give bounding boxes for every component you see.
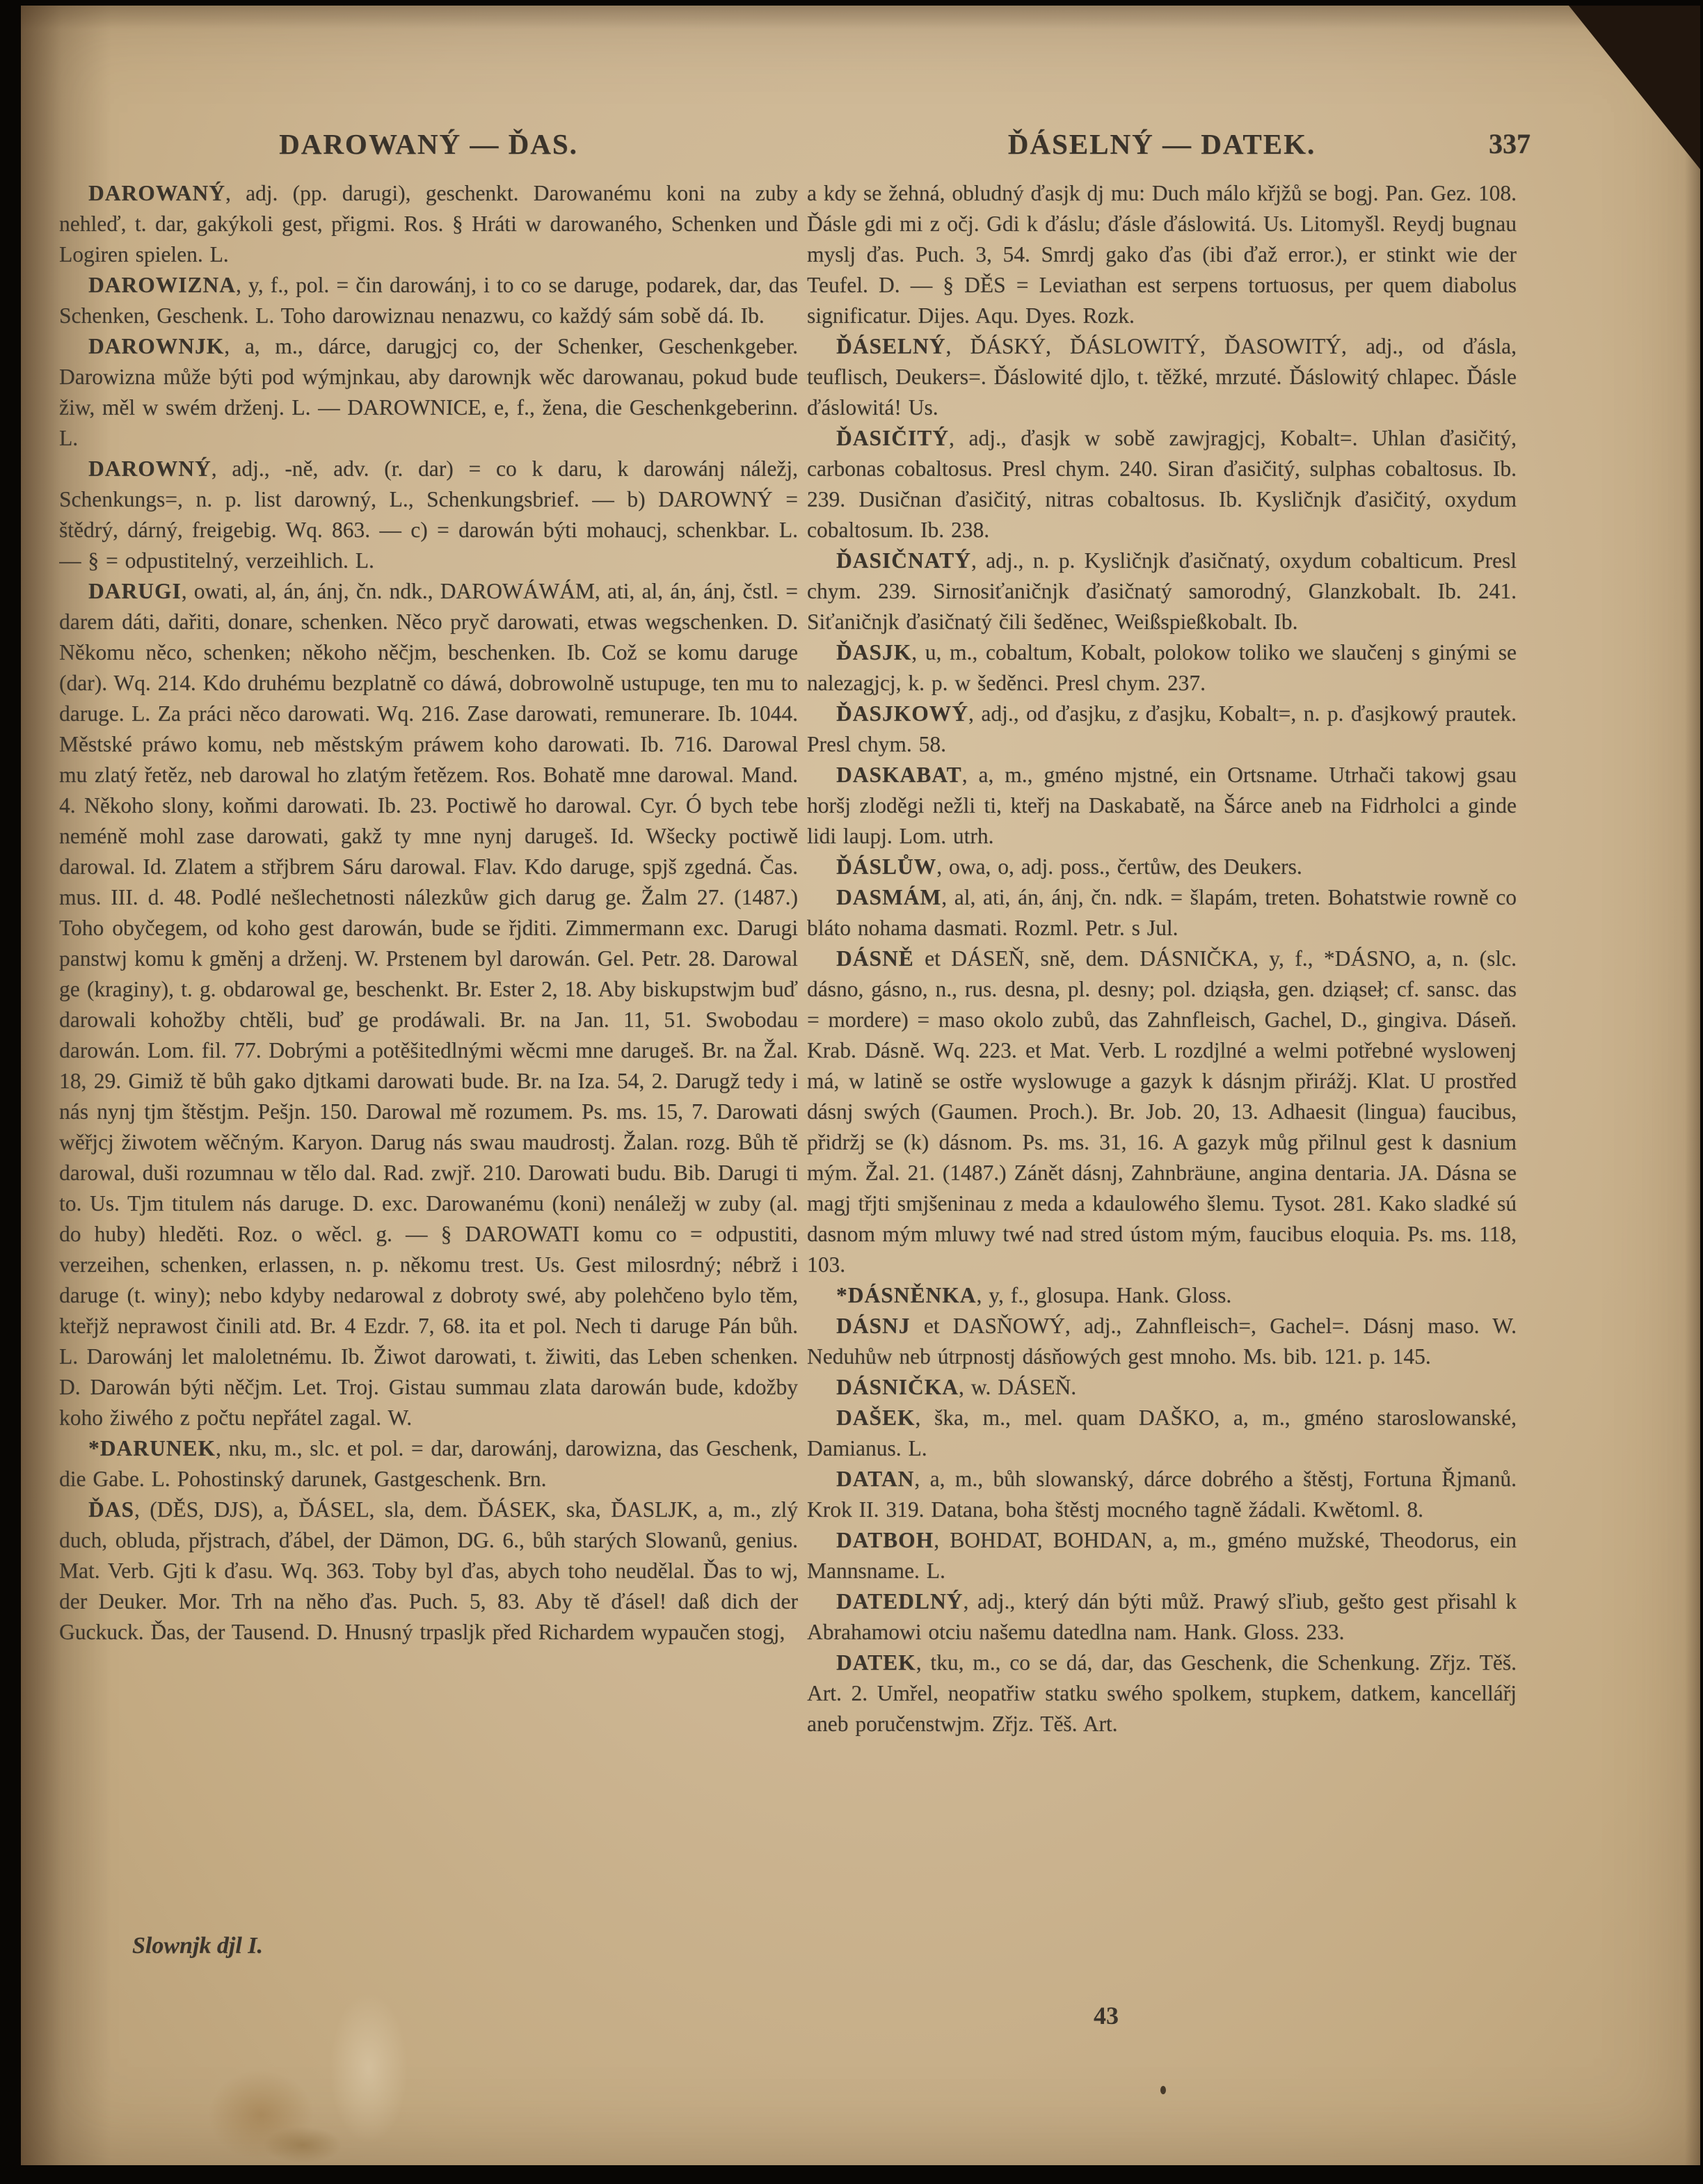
- entry-headword: DÁSNĚ: [836, 946, 914, 971]
- dictionary-entry: DAROWNJK, a, m., dárce, darugjcj co, der…: [59, 331, 798, 454]
- dictionary-entry: DAROWANÝ, adj. (pp. darugi), geschenkt. …: [59, 178, 798, 270]
- entry-headword: DAROWNÝ: [88, 456, 211, 481]
- dictionary-entry: ĎASJK, u, m., cobaltum, Kobalt, polokow …: [807, 637, 1517, 699]
- dictionary-entry: ĎAS, (DĚS, DJS), a, ĎÁSEL, sla, dem. ĎÁS…: [59, 1494, 798, 1648]
- dictionary-entry: ĎÁSELNÝ, ĎÁSKÝ, ĎÁSLOWITÝ, ĎASOWITÝ, adj…: [807, 331, 1517, 423]
- dictionary-entry: DATAN, a, m., bůh slowanský, dárce dobré…: [807, 1464, 1517, 1525]
- entry-headword: ĎÁSLŮW: [836, 854, 936, 879]
- entry-headword: DÁSNJ: [836, 1314, 911, 1338]
- entry-headword: DATEK: [836, 1650, 916, 1675]
- entry-headword: DASKABAT: [836, 763, 962, 787]
- entry-headword: DATAN: [836, 1467, 914, 1491]
- volume-footer: Slownjk djl I.: [132, 1933, 263, 1959]
- entry-headword: DATEDLNÝ: [836, 1589, 963, 1613]
- entry-headword: ĎÁSELNÝ: [836, 334, 946, 358]
- dictionary-entry: ĎASIČNATÝ, adj., n. p. Kysličnjk ďasična…: [807, 545, 1517, 637]
- dictionary-entry: DASMÁM, al, ati, án, ánj, čn. ndk. = šla…: [807, 882, 1517, 943]
- entry-headword: ĎAS: [88, 1497, 134, 1522]
- dictionary-entry: DATEDLNÝ, adj., který dán býti můž. Praw…: [807, 1586, 1517, 1648]
- dictionary-entry: DAROWIZNA, y, f., pol. = čin darowánj, i…: [59, 270, 798, 331]
- dictionary-entry: DASKABAT, a, m., gméno mjstné, ein Ortsn…: [807, 760, 1517, 852]
- dictionary-entry: DAŠEK, ška, m., mel. quam DAŠKO, a, m., …: [807, 1403, 1517, 1464]
- running-head-left: DAROWANÝ — ĎAS.: [59, 127, 798, 161]
- entry-continuation: a kdy se žehná, obludný ďasjk dj mu: Duc…: [807, 178, 1517, 331]
- entry-headword: DARUGI: [88, 579, 182, 603]
- entry-headword: ĎASJKOWÝ: [836, 701, 968, 726]
- entry-headword: *DÁSNĚNKA: [836, 1283, 977, 1307]
- paper-stain: [188, 2053, 334, 2178]
- dictionary-entry: DARUGI, owati, al, án, ánj, čn. ndk., DA…: [59, 576, 798, 1433]
- entry-headword: DATBOH: [836, 1528, 934, 1552]
- dictionary-entry: DÁSNIČKA, w. DÁSEŇ.: [807, 1372, 1517, 1403]
- dictionary-entry: DATEK, tku, m., co se dá, dar, das Gesch…: [807, 1648, 1517, 1739]
- running-head-row: DAROWANÝ — ĎAS. ĎÁSELNÝ — DATEK. 337: [21, 127, 1700, 162]
- entry-headword: *DARUNEK: [88, 1436, 216, 1460]
- entry-headword: DAŠEK: [836, 1405, 916, 1430]
- entry-headword: DÁSNIČKA: [836, 1375, 959, 1399]
- dictionary-entry: ĎASJKOWÝ, adj., od ďasjku, z ďasjku, Kob…: [807, 699, 1517, 760]
- top-edge-shadow: [21, 6, 1700, 29]
- entry-headword: DASMÁM: [836, 885, 941, 909]
- scanned-book-page: { "page": { "running_head_left": "DAROWA…: [0, 0, 1703, 2184]
- ink-speck: [1160, 2086, 1166, 2094]
- dictionary-entry: *DÁSNĚNKA, y, f., glosupa. Hank. Gloss.: [807, 1280, 1517, 1311]
- entry-headword: ĎASIČNATÝ: [836, 548, 971, 573]
- dictionary-entry: DAROWNÝ, adj., -ně, adv. (r. dar) = co k…: [59, 454, 798, 576]
- dictionary-entry: *DARUNEK, nku, m., slc. et pol. = dar, d…: [59, 1433, 798, 1494]
- entry-headword: ĎASIČITÝ: [836, 426, 949, 450]
- book-page: DAROWANÝ — ĎAS. ĎÁSELNÝ — DATEK. 337 DAR…: [21, 6, 1700, 2165]
- entry-headword: ĎASJK: [836, 640, 911, 664]
- right-edge-shadow: [1685, 6, 1700, 2165]
- entry-headword: DAROWANÝ: [88, 181, 225, 205]
- dictionary-entry: ĎASIČITÝ, adj., ďasjk w sobě zawjragjcj,…: [807, 423, 1517, 545]
- dictionary-column-left: DAROWANÝ, adj. (pp. darugi), geschenkt. …: [59, 178, 798, 1973]
- page-number: 337: [1454, 127, 1530, 160]
- running-head-right: ĎÁSELNÝ — DATEK.: [807, 127, 1517, 161]
- paper-light-streak: [320, 1975, 417, 2162]
- dictionary-entry: DATBOH, BOHDAT, BOHDAN, a, m., gméno muž…: [807, 1525, 1517, 1586]
- dictionary-entry: DÁSNJ et DASŇOWÝ, adj., Zahnfleisch=, Ga…: [807, 1311, 1517, 1372]
- entry-headword: DAROWIZNA: [88, 273, 236, 297]
- sheet-signature: 43: [1064, 2001, 1148, 2030]
- dictionary-column-right: a kdy se žehná, obludný ďasjk dj mu: Duc…: [807, 178, 1517, 1973]
- dictionary-entry: ĎÁSLŮW, owa, o, adj. poss., čertůw, des …: [807, 852, 1517, 882]
- paper-stain: [250, 2121, 355, 2169]
- dictionary-entry: DÁSNĚ et DÁSEŇ, sně, dem. DÁSNIČKA, y, f…: [807, 943, 1517, 1280]
- entry-headword: DAROWNJK: [88, 334, 224, 358]
